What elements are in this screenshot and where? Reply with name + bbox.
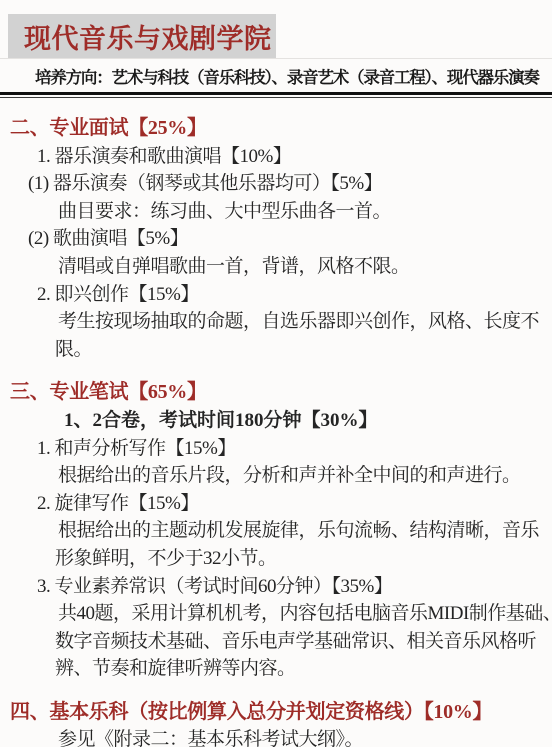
- text-line: 3. 专业素养常识（考试时间60分钟）【35%】: [0, 573, 552, 601]
- section: 二、专业面试【25%】1. 器乐演奏和歌曲演唱【10%】(1) 器乐演奏（钢琴或…: [0, 115, 552, 363]
- text-line: (1) 器乐演奏（钢琴或其他乐器均可）【5%】: [0, 170, 552, 198]
- text-line: 考生按现场抽取的命题，自选乐器即兴创作，风格、长度不: [0, 308, 552, 336]
- title-row: 现代音乐与戏剧学院: [0, 0, 552, 59]
- text-line: 根据给出的音乐片段，分析和声并补全中间的和声进行。: [0, 462, 552, 490]
- college-title-banner: 现代音乐与戏剧学院: [8, 14, 276, 58]
- text-line: 限。: [0, 336, 552, 364]
- text-line: 曲目要求：练习曲、大中型乐曲各一首。: [0, 198, 552, 226]
- text-line: 参见《附录二：基本乐科考试大纲》。: [0, 726, 552, 747]
- document-page: 现代音乐与戏剧学院 培养方向：艺术与科技（音乐科技）、录音艺术（录音工程）、现代…: [0, 0, 552, 747]
- text-line: (2) 歌曲演唱【5%】: [0, 225, 552, 253]
- text-line: 2. 旋律写作【15%】: [0, 490, 552, 518]
- text-line: 共40题，采用计算机机考，内容包括电脑音乐MIDI制作基础、: [0, 600, 552, 628]
- document-body: 二、专业面试【25%】1. 器乐演奏和歌曲演唱【10%】(1) 器乐演奏（钢琴或…: [0, 98, 552, 747]
- section-heading: 三、专业笔试【65%】: [0, 379, 552, 407]
- text-line: 辨、节奏和旋律听辨等内容。: [0, 655, 552, 683]
- section-heading: 四、基本乐科（按比例算入总分并划定资格线）【10%】: [0, 699, 552, 727]
- text-line: 1. 器乐演奏和歌曲演唱【10%】: [0, 143, 552, 171]
- college-title: 现代音乐与戏剧学院: [24, 17, 272, 56]
- training-direction-line: 培养方向：艺术与科技（音乐科技）、录音艺术（录音工程）、现代器乐演奏: [0, 59, 552, 92]
- text-line: 1. 和声分析写作【15%】: [0, 435, 552, 463]
- section: 四、基本乐科（按比例算入总分并划定资格线）【10%】参见《附录二：基本乐科考试大…: [0, 699, 552, 747]
- text-line: 清唱或自弹唱歌曲一首，背谱，风格不限。: [0, 253, 552, 281]
- section-heading: 二、专业面试【25%】: [0, 115, 552, 143]
- text-line: 2. 即兴创作【15%】: [0, 281, 552, 309]
- text-line: 1、2合卷，考试时间180分钟【30%】: [0, 407, 552, 435]
- text-line: 形象鲜明，不少于32小节。: [0, 545, 552, 573]
- text-line: 根据给出的主题动机发展旋律，乐句流畅、结构清晰，音乐: [0, 517, 552, 545]
- section: 三、专业笔试【65%】1、2合卷，考试时间180分钟【30%】1. 和声分析写作…: [0, 379, 552, 683]
- text-line: 数字音频技术基础、音乐电声学基础常识、相关音乐风格听: [0, 628, 552, 656]
